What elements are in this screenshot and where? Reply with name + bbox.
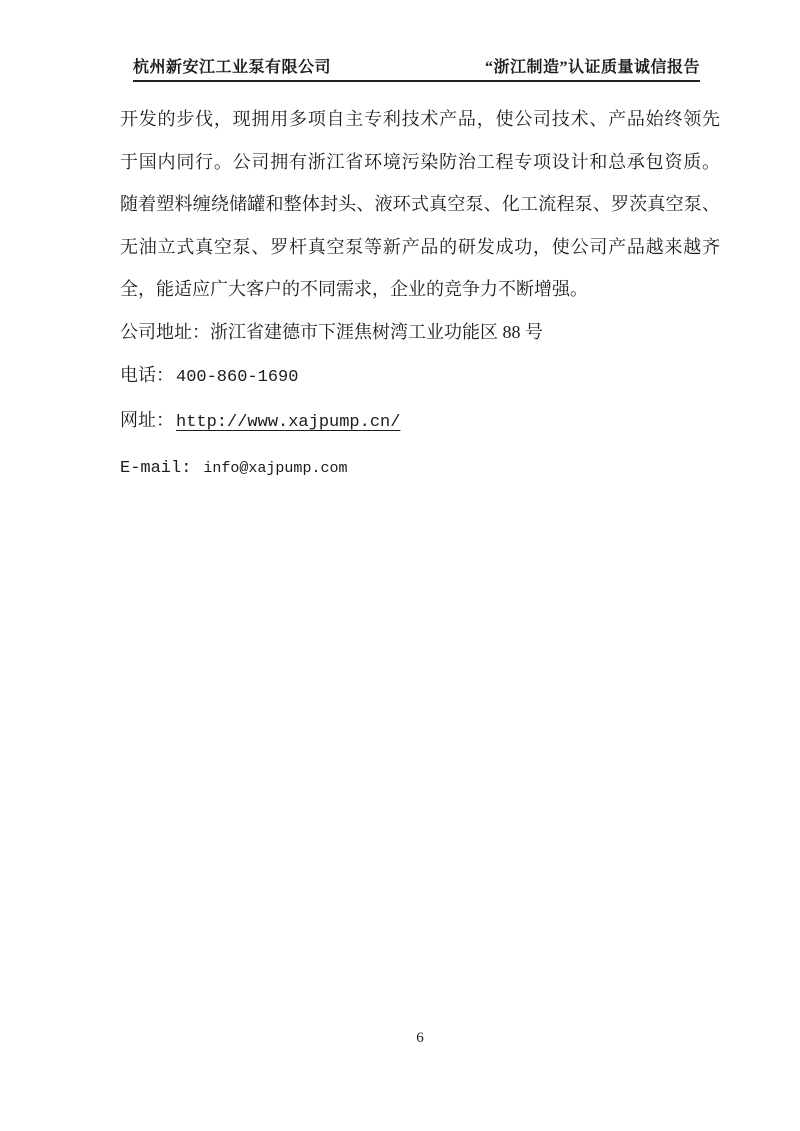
paragraph-line: 随着塑料缠绕储罐和整体封头、液环式真空泵、化工流程泵、罗茨真空泵、 — [120, 183, 720, 226]
page-number: 6 — [416, 1030, 424, 1046]
email-line: E-mail:info@xajpump.com — [120, 445, 720, 491]
paragraph-line: 于国内同行。公司拥有浙江省环境污染防治工程专项设计和总承包资质。 — [120, 141, 720, 184]
email-label: E-mail: — [120, 459, 191, 478]
phone-line: 电话：400-860-1690 — [120, 354, 720, 400]
header-company-name: 杭州新安江工业泵有限公司 — [133, 54, 331, 77]
page-footer: 6 — [120, 1030, 720, 1047]
phone-value: 400-860-1690 — [176, 368, 298, 387]
paragraph-line: 全，能适应广大客户的不同需求，企业的竞争力不断增强。 — [120, 268, 720, 311]
paragraph-line: 开发的步伐，现拥用多项自主专利技术产品，使公司技术、产品始终领先 — [120, 98, 720, 141]
address-label: 公司地址： — [120, 322, 210, 342]
email-value: info@xajpump.com — [203, 460, 347, 477]
page-header: 杭州新安江工业泵有限公司 “浙江制造”认证质量诚信报告 — [133, 54, 700, 82]
phone-label: 电话： — [120, 365, 174, 385]
header-report-title: “浙江制造”认证质量诚信报告 — [485, 54, 700, 77]
document-body: 开发的步伐，现拥用多项自主专利技术产品，使公司技术、产品始终领先 于国内同行。公… — [120, 98, 720, 490]
document-page: 杭州新安江工业泵有限公司 “浙江制造”认证质量诚信报告 开发的步伐，现拥用多项自… — [0, 0, 800, 1131]
website-line: 网址：http://www.xajpump.cn/ — [120, 399, 720, 445]
address-value: 浙江省建德市下涯焦树湾工业功能区 88 号 — [210, 322, 543, 342]
address-line: 公司地址：浙江省建德市下涯焦树湾工业功能区 88 号 — [120, 311, 720, 354]
website-label: 网址： — [120, 410, 174, 430]
paragraph-line: 无油立式真空泵、罗杆真空泵等新产品的研发成功，使公司产品越来越齐 — [120, 226, 720, 269]
website-link[interactable]: http://www.xajpump.cn/ — [176, 413, 400, 432]
